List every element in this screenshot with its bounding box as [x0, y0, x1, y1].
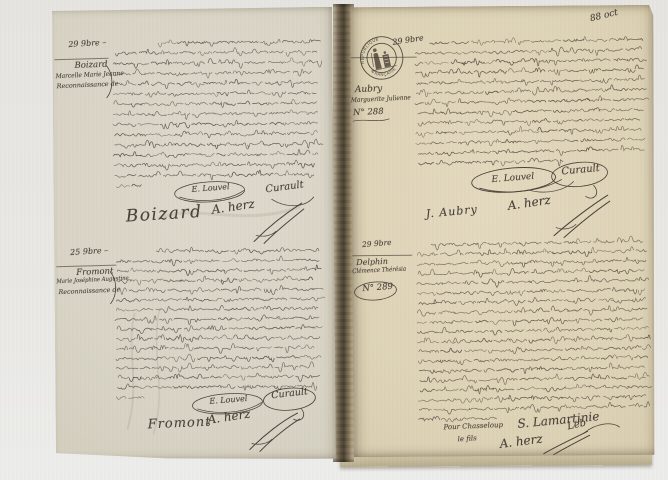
signature: Boizard: [125, 204, 203, 226]
signature: A. herz: [499, 432, 543, 449]
signature-flourish: [250, 201, 306, 245]
stamp-text-right: FRANÇAISE: [370, 64, 398, 79]
margin-date: 25 9bre –: [70, 247, 108, 257]
svg-text:FRANÇAISE: FRANÇAISE: [370, 64, 398, 79]
handwritten-entry-body: [414, 32, 653, 178]
signature: J. Aubry: [425, 204, 478, 220]
margin-surname: Aubry: [355, 85, 383, 95]
margin-act-number: N° 289: [362, 283, 393, 294]
scanned-register-spread: 29 9bre – Boizard Marcelle Marie Jeanne …: [0, 0, 668, 480]
signature: Fromont: [147, 416, 211, 432]
folio-number: 88 oct: [589, 9, 619, 24]
margin-rule: [352, 255, 412, 256]
signature-flourish: [581, 419, 621, 439]
signature-flourish: [246, 411, 302, 453]
handwritten-entry-body: [415, 234, 657, 436]
margin-given-names: Marguerite Julienne: [351, 94, 411, 103]
signature-flourish: [548, 193, 612, 240]
margin-date: 29 9bre: [362, 239, 392, 249]
handwritten-entry-body: [112, 34, 325, 200]
margin-date: 29 9bre –: [68, 39, 106, 49]
register-page-left: 29 9bre – Boizard Marcelle Marie Jeanne …: [52, 7, 336, 461]
margin-given-names: Clémence Thérésia: [352, 267, 406, 276]
margin-underline: [351, 117, 391, 125]
register-page-right: 88 oct RÉPUBLIQUE FRANÇAISE 29 9bre Aubr…: [350, 5, 657, 457]
signature: le fils: [457, 435, 476, 443]
